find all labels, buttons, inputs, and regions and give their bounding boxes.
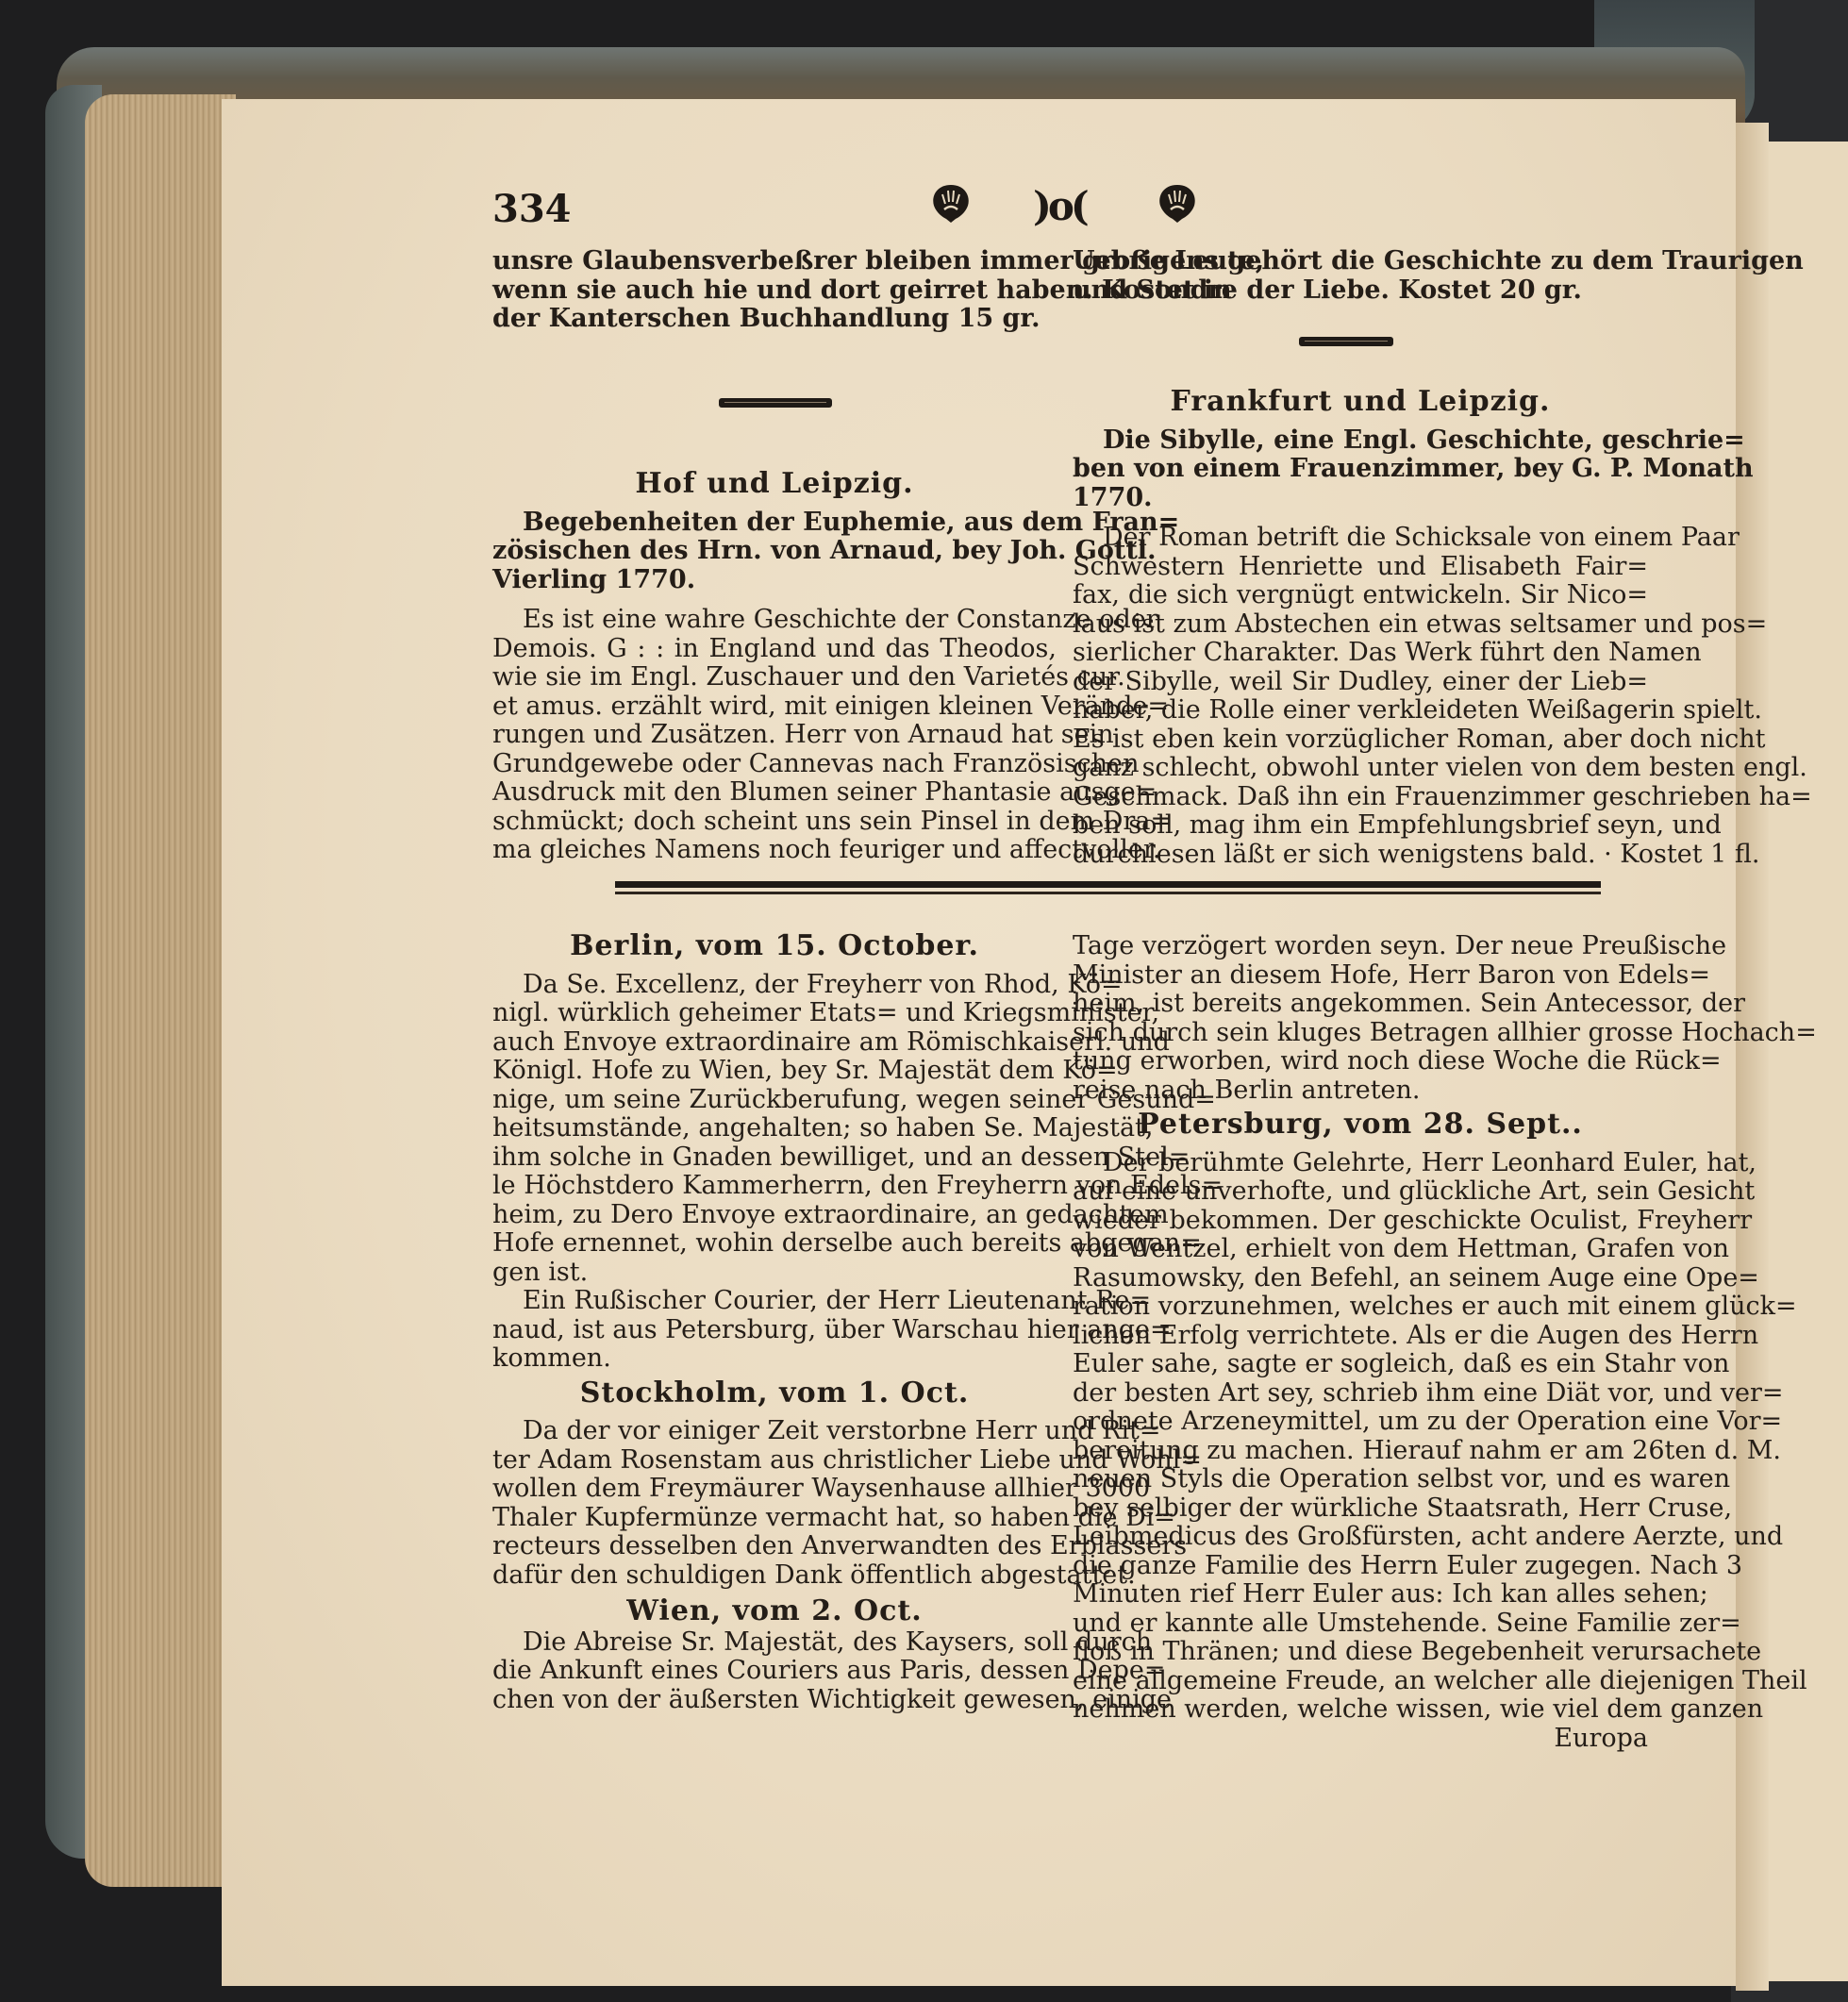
text-line: Königl. Hofe zu Wien, bey Sr. Majestät d… (492, 1057, 1057, 1086)
text-line: ter Adam Rosenstam aus christlicher Lieb… (492, 1446, 1057, 1476)
text-line: Thaler Kupfermünze vermacht hat, so habe… (492, 1504, 1057, 1533)
text-line: Hofe ernennet, wohin derselbe auch berei… (492, 1229, 1057, 1259)
review-frankfurt-leipzig: Frankfurt und Leipzig. Die Sibylle, eine… (1073, 382, 1648, 869)
text-line: sierlicher Charakter. Das Werk führt den… (1073, 639, 1648, 668)
text-line: reise nach Berlin antreten. (1073, 1076, 1648, 1106)
text-line: laus ist zum Abstechen ein etwas seltsam… (1073, 610, 1648, 640)
section-divider (719, 398, 832, 408)
text-line: haber, die Rolle einer verkleideten Weiß… (1073, 696, 1648, 726)
shell-ornament-icon (929, 181, 973, 225)
text-line: ganz schlecht, obwohl unter vielen von d… (1073, 754, 1648, 783)
text-line: neuen Styls die Operation selbst vor, un… (1073, 1465, 1648, 1494)
text-line: heitsumstände, angehalten; so haben Se. … (492, 1114, 1057, 1143)
text-line: der besten Art sey, schrieb ihm eine Diä… (1073, 1379, 1648, 1409)
text-line: wenn sie auch hie und dort geirret haben… (492, 276, 1057, 306)
text-line: schmückt; doch scheint uns sein Pinsel i… (492, 808, 1057, 837)
text-line: wieder bekommen. Der geschickte Oculist,… (1073, 1207, 1648, 1236)
text-line: kommen. (492, 1344, 1057, 1374)
text-line: bey selbiger der würkliche Staatsrath, H… (1073, 1494, 1648, 1524)
section-divider (1299, 337, 1393, 346)
news-left-column: Berlin, vom 15. October. Da Se. Excellen… (492, 926, 1057, 1714)
text-line: ben von einem Frauenzimmer, bey G. P. Mo… (1073, 455, 1648, 484)
text-line: gen ist. (492, 1259, 1057, 1288)
text-line: tung erworben, wird noch diese Woche die… (1073, 1047, 1648, 1076)
text-line: unsre Glaubensverbeßrer bleiben immer gr… (492, 247, 1057, 276)
shell-ornament-icon (1156, 181, 1199, 225)
section-heading-petersburg: Petersburg, vom 28. Sept.. (1073, 1110, 1648, 1140)
text-line: ma gleiches Namens noch feuriger und aff… (492, 836, 1057, 865)
text-line: heim, ist bereits angekommen. Sein Antec… (1073, 990, 1648, 1019)
center-ornament: )o( (1033, 183, 1086, 229)
text-line: Vierling 1770. (492, 566, 1057, 595)
text-line: ihm solche in Gnaden bewilliget, und an … (492, 1143, 1057, 1173)
text-line: zösischen des Hrn. von Arnaud, bey Joh. … (492, 537, 1057, 566)
text-line: Rasumowsky, den Befehl, an seinem Auge e… (1073, 1264, 1648, 1293)
page-block-edge (85, 94, 236, 1887)
text-line: lichen Erfolg verrichtete. Als er die Au… (1073, 1322, 1648, 1351)
text-line: Geschmack. Daß ihn ein Frauenzimmer gesc… (1073, 783, 1648, 812)
text-line: Die Abreise Sr. Majestät, des Kaysers, s… (492, 1628, 1057, 1658)
text-line: Uebrigens gehört die Geschichte zu dem T… (1073, 247, 1648, 276)
text-line: ordnete Arzeneymittel, um zu der Operati… (1073, 1408, 1648, 1437)
text-line: chen von der äußersten Wichtigkeit gewes… (492, 1686, 1057, 1715)
text-line: Schwestern Henriette und Elisabeth Fair= (1073, 553, 1648, 582)
section-heading-stockholm: Stockholm, vom 1. Oct. (492, 1379, 1057, 1409)
text-line: Da Se. Excellenz, der Freyherr von Rhod,… (492, 971, 1057, 1000)
text-line: nigl. würklich geheimer Etats= und Krieg… (492, 999, 1057, 1028)
review-hof-leipzig: Hof und Leipzig. Begebenheiten der Euphe… (492, 464, 1057, 865)
text-line: Der berühmte Gelehrte, Herr Leonhard Eul… (1073, 1149, 1648, 1178)
text-line: Begebenheiten der Euphemie, aus dem Fran… (492, 509, 1057, 538)
text-line: der Kanterschen Buchhandlung 15 gr. (492, 305, 1057, 334)
text-line: sich durch sein kluges Betragen allhier … (1073, 1019, 1648, 1048)
text-line: heim, zu Dero Envoye extraordinaire, an … (492, 1201, 1057, 1230)
text-line: Der Roman betrift die Schicksale von ein… (1073, 524, 1648, 553)
text-line: recteurs desselben den Anverwandten des … (492, 1532, 1057, 1561)
text-line: Es ist eine wahre Geschichte der Constan… (492, 606, 1057, 635)
text-line: Leibmedicus des Großfürsten, acht andere… (1073, 1523, 1648, 1552)
section-heading: Hof und Leipzig. (492, 470, 1057, 499)
page-number: 334 (492, 187, 572, 231)
text-line: rungen und Zusätzen. Herr von Arnaud hat… (492, 721, 1057, 750)
text-line: die Ankunft eines Couriers aus Paris, de… (492, 1657, 1057, 1686)
text-line: Tage verzögert worden seyn. Der neue Pre… (1073, 932, 1648, 961)
text-line: ben soll, mag ihm ein Empfehlungsbrief s… (1073, 811, 1648, 841)
text-line: der Sibylle, weil Sir Dudley, einer der … (1073, 668, 1648, 697)
text-line: auch Envoye extraordinaire am Römischkai… (492, 1028, 1057, 1058)
text-line: ration vorzunehmen, welches er auch mit … (1073, 1293, 1648, 1322)
text-line: Da der vor einiger Zeit verstorbne Herr … (492, 1417, 1057, 1446)
text-line: und er kannte alle Umstehende. Seine Fam… (1073, 1610, 1648, 1639)
text-line: Ausdruck mit den Blumen seiner Phantasie… (492, 778, 1057, 808)
text-line: naud, ist aus Petersburg, über Warschau … (492, 1316, 1057, 1345)
text-line: von Wentzel, erhielt von dem Hettman, Gr… (1073, 1235, 1648, 1264)
text-line: Ein Rußischer Courier, der Herr Lieutena… (492, 1287, 1057, 1316)
text-line: eine allgemeine Freude, an welcher alle … (1073, 1667, 1648, 1696)
top-right-column: Uebrigens gehört die Geschichte zu dem T… (1073, 247, 1648, 305)
section-heading-berlin: Berlin, vom 15. October. (492, 932, 1057, 961)
catchword: Europa (1073, 1725, 1648, 1754)
facing-page-edge (1769, 142, 1848, 1981)
text-line: die ganze Familie des Herrn Euler zugege… (1073, 1552, 1648, 1581)
text-line: Minuten rief Herr Euler aus: Ich kan all… (1073, 1580, 1648, 1610)
news-right-column: Tage verzögert worden seyn. Der neue Pre… (1073, 932, 1648, 1753)
text-line: dafür den schuldigen Dank öffentlich abg… (492, 1561, 1057, 1591)
text-line: fax, die sich vergnügt entwickeln. Sir N… (1073, 581, 1648, 610)
text-line: bereitung zu machen. Hierauf nahm er am … (1073, 1437, 1648, 1466)
double-rule-divider (615, 881, 1601, 894)
text-line: Minister an diesem Hofe, Herr Baron von … (1073, 961, 1648, 991)
text-line: Die Sibylle, eine Engl. Geschichte, gesc… (1073, 426, 1648, 456)
text-line: durchlesen läßt er sich wenigstens bald.… (1073, 841, 1648, 870)
text-line: Demois. G : : in England und das Theodos… (492, 635, 1057, 664)
text-line: wollen dem Freymäurer Waysenhause allhie… (492, 1475, 1057, 1504)
text-line: wie sie im Engl. Zuschauer und den Varie… (492, 663, 1057, 692)
text-line: nehmen werden, welche wissen, wie viel d… (1073, 1695, 1648, 1725)
text-line: floß in Thränen; und diese Begebenheit v… (1073, 1638, 1648, 1667)
text-line: Euler sahe, sagte er sogleich, daß es ei… (1073, 1350, 1648, 1379)
text-line: le Höchstdero Kammerherrn, den Freyherrn… (492, 1172, 1057, 1201)
text-line: 1770. (1073, 484, 1648, 513)
text-line: et amus. erzählt wird, mit einigen klein… (492, 692, 1057, 722)
text-line: nige, um seine Zurückberufung, wegen sei… (492, 1086, 1057, 1115)
top-left-column: unsre Glaubensverbeßrer bleiben immer gr… (492, 247, 1057, 334)
text-line: Grundgewebe oder Cannevas nach Französis… (492, 750, 1057, 779)
section-heading: Frankfurt und Leipzig. (1073, 388, 1648, 417)
text-line: und Sondre der Liebe. Kostet 20 gr. (1073, 276, 1648, 306)
section-heading-wien: Wien, vom 2. Oct. (492, 1597, 1057, 1627)
text-line: auf eine unverhofte, und glückliche Art,… (1073, 1177, 1648, 1207)
text-line: Es ist eben kein vorzüglicher Roman, abe… (1073, 726, 1648, 755)
